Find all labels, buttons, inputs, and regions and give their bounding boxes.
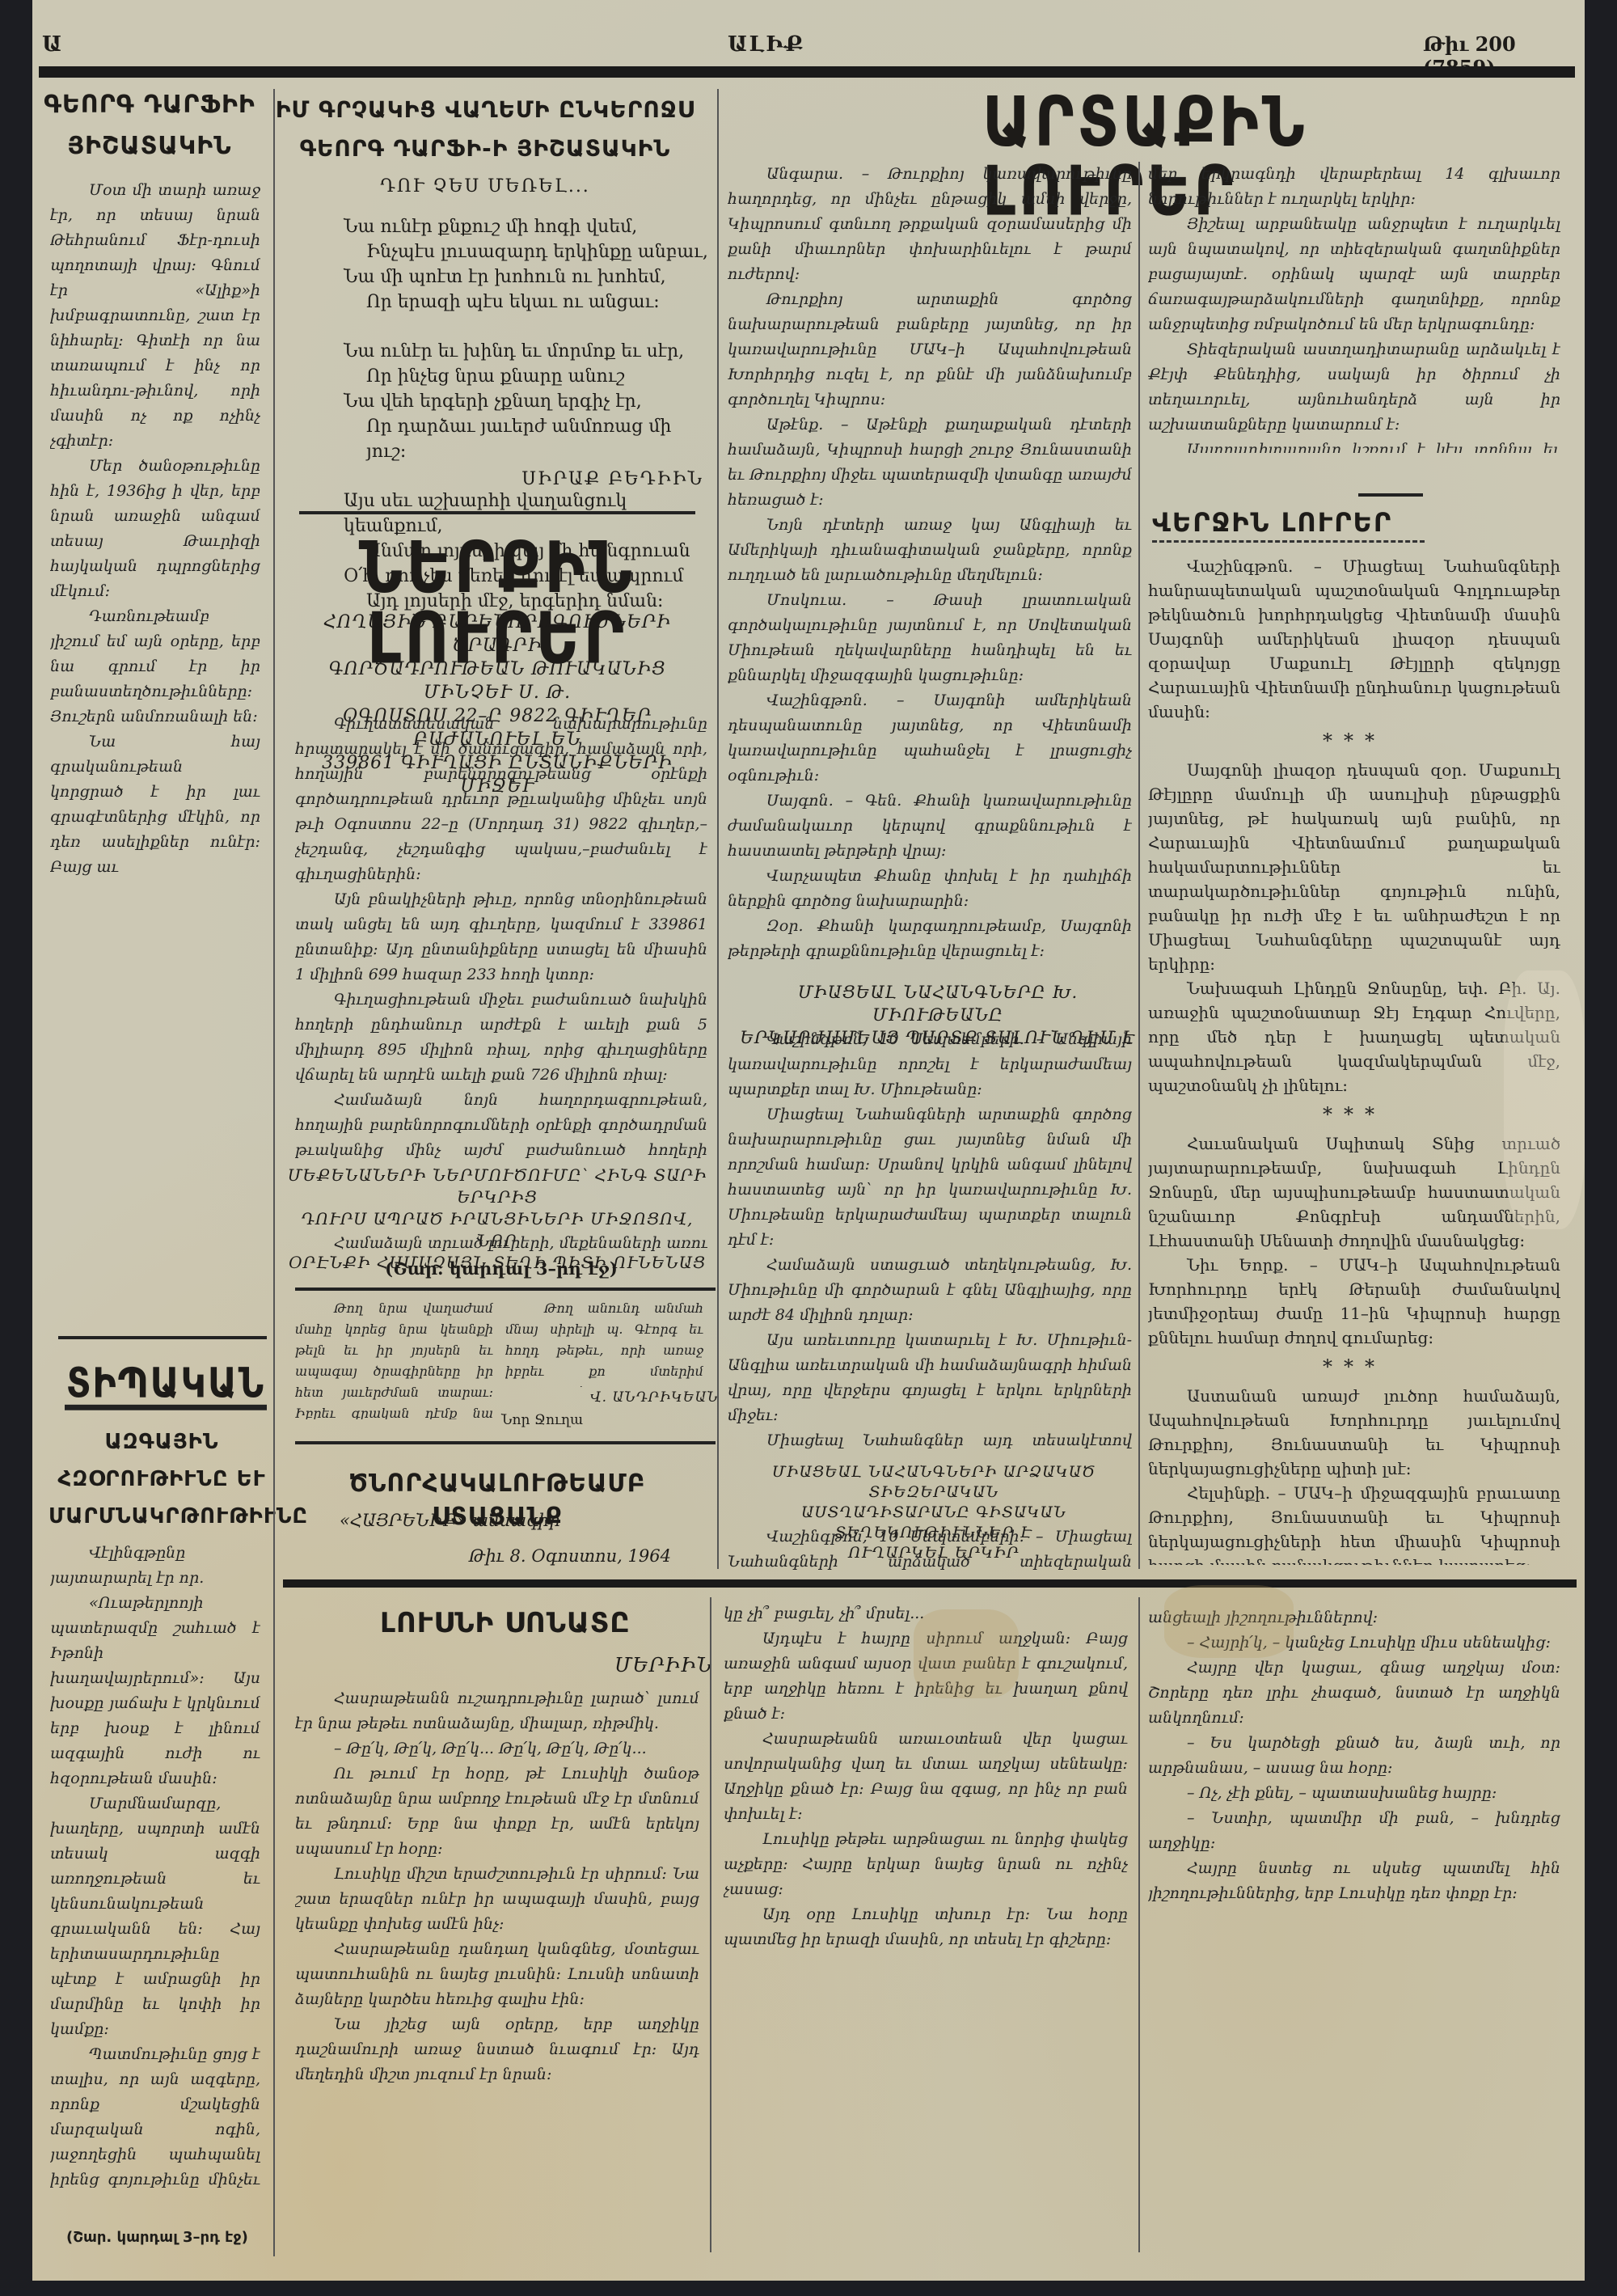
foreign-col-b: Վաշինգթոն, 10 Սեպտեմբերի. – Անգլիայի կառ… xyxy=(728,1027,1132,1456)
latest-heading: ՎԵՐՋԻՆ ԼՈՒՐԵՐ xyxy=(1152,505,1425,543)
divider xyxy=(1358,493,1423,497)
poem-header: ԻՄ ԳՐՉԱԿԻՑ ՎԱՂԵՄԻ ԸՆԿԵՐՈՋՍ ԳԵՈՐԳ ԴԱՐՖԻ-Ի… xyxy=(275,91,695,168)
section-rule xyxy=(283,1579,1577,1588)
story-col-c: անցեալի յիշողութիւններով։ – Հայրի՛կ, – կ… xyxy=(1148,1605,1560,2252)
sport-heading: ՏԻՊԱԿԱՆ xyxy=(65,1364,267,1410)
poem-signature: ՍԻՐԱՔ ԲԵԴԻԻՆ xyxy=(517,469,703,489)
divider xyxy=(58,1336,267,1339)
paper-stain xyxy=(1164,1585,1294,1658)
divider xyxy=(295,1441,716,1444)
sport-continued: (Շար. կարդալ 3–րդ էջ) xyxy=(66,2229,248,2246)
story-heading: ԼՈՒՍՆԻ ՍՈՆԱՏԸ xyxy=(380,1605,631,1643)
header-rule xyxy=(39,66,1575,78)
thanks-date: Թիւ 8. Օգոստոս, 1964 xyxy=(469,1546,671,1566)
foreign-col-c: մեր երկրագնդի վերաբերեալ 14 գլխաւոր նորո… xyxy=(1148,162,1560,453)
sport-title: ԱԶԳԱՅԻՆ ՀԶՕՐՈՒԹԻՒՆԸ ԵՒ ՄԱՐՄՆԱԿՐԹՈՒԹԻՒՆԸ xyxy=(49,1423,275,1535)
separator-stars: *** xyxy=(1148,1102,1560,1127)
domestic-subhead-2: ՄԵՔԵՆԱՆԵՐԻ ՆԵՐՄՈՒԾՈՒՄԸ՝ ՀԻՆԳ ՏԱՐԻ ԵՐԿՐԻՑ… xyxy=(283,1165,711,1274)
column-rule xyxy=(273,89,275,2256)
poem-stanza: Նա ունէր քնքուշ մի հոգի վսեմ, Ինչպէս լու… xyxy=(344,214,716,315)
col1-title: ԳԵՈՐԳ ԴԱՐՖԻԻ ՅԻՇԱՏԱԿԻՆ xyxy=(40,89,259,163)
column-rule xyxy=(717,89,719,1569)
column-rule xyxy=(710,1597,711,2252)
paper-stain xyxy=(914,1609,1019,1698)
paper-stain xyxy=(1504,970,1585,1229)
column-rule xyxy=(1138,162,1140,1569)
divider xyxy=(299,511,695,514)
sport-body: Վէլինգթընը յայտարարել էր որ. «Ուաթերլոոյ… xyxy=(50,1541,260,2188)
latest-body: Վաշինգթոն. – Միացեալ Նահանգների հանրապետ… xyxy=(1148,554,1560,1565)
column-rule xyxy=(1138,1597,1140,2252)
foreign-col-a: Անգարա. – Թուրքիոյ կառավարութիւնը հաղորդ… xyxy=(728,162,1132,970)
col1-article-body: Մօտ մի տարի առաջ էր, որ տեսայ նրան Թեհրա… xyxy=(50,178,260,1270)
separator-stars: *** xyxy=(1148,1355,1560,1379)
newspaper-page: Ա ԱԼԻՔ Թիւ 200 (7859) ԳԵՈՐԳ ԴԱՐՖԻԻ ՅԻՇԱՏ… xyxy=(32,0,1585,2281)
poem-stanza: Նա ունէր եւ խինդ եւ մորմոք եւ սէր, Որ ին… xyxy=(344,339,716,464)
tribute-left: Թող նրա վաղաժամ մահը կորեց նրա կեանքի թե… xyxy=(295,1298,493,1419)
poem-title: ԴՈՒ ՉԵՍ ՄԵՌԵԼ... xyxy=(275,176,695,197)
domestic-body: Գիւղատնտեսական նախարարութիւնը հրատարակել… xyxy=(295,712,707,1161)
tribute-author: Վ. ԱՆԴՐԻԿԵԱՆ xyxy=(590,1389,719,1406)
domestic-continued: (Շար. կարդալ 3–րդ էջ) xyxy=(291,1258,711,1279)
col1-title-line2: ՅԻՇԱՏԱԿԻՆ xyxy=(40,130,259,163)
col1-title-line1: ԳԵՈՐԳ ԴԱՐՖԻԻ xyxy=(40,89,259,122)
separator-stars: *** xyxy=(1148,729,1560,753)
domestic-body-2: Համաձայն տրւած լուրերի, մեքենաների առուծ… xyxy=(295,1231,707,1257)
tribute-right: Թող անունդ անմահ մնայ սիրելի պ. Գէորգ եւ… xyxy=(505,1298,703,1387)
divider xyxy=(295,1288,716,1291)
story-col-b: կը չի՞ բացւել, չի՞ մրսել... Այդպէս է հայ… xyxy=(724,1601,1128,2256)
foreign-col-b-end: Վաշինգթոն, 10 Սեպտեմբերի. – Միացեալ Նահա… xyxy=(728,1524,1132,1575)
story-col-a: Հասրաթեանն ուշադրութիւնը լարած՝ լսում էր… xyxy=(295,1686,699,2252)
page-marker: Ա xyxy=(42,32,64,57)
thanks-source: «ՀԱՅՐԵՆԻՔ» ամսագիր xyxy=(340,1511,560,1530)
story-author: ՄԵՐԻԻՆ xyxy=(614,1654,713,1677)
tribute-place: Նոր Ջուղա xyxy=(501,1412,583,1428)
masthead: ԱԼԻՔ xyxy=(728,32,804,57)
